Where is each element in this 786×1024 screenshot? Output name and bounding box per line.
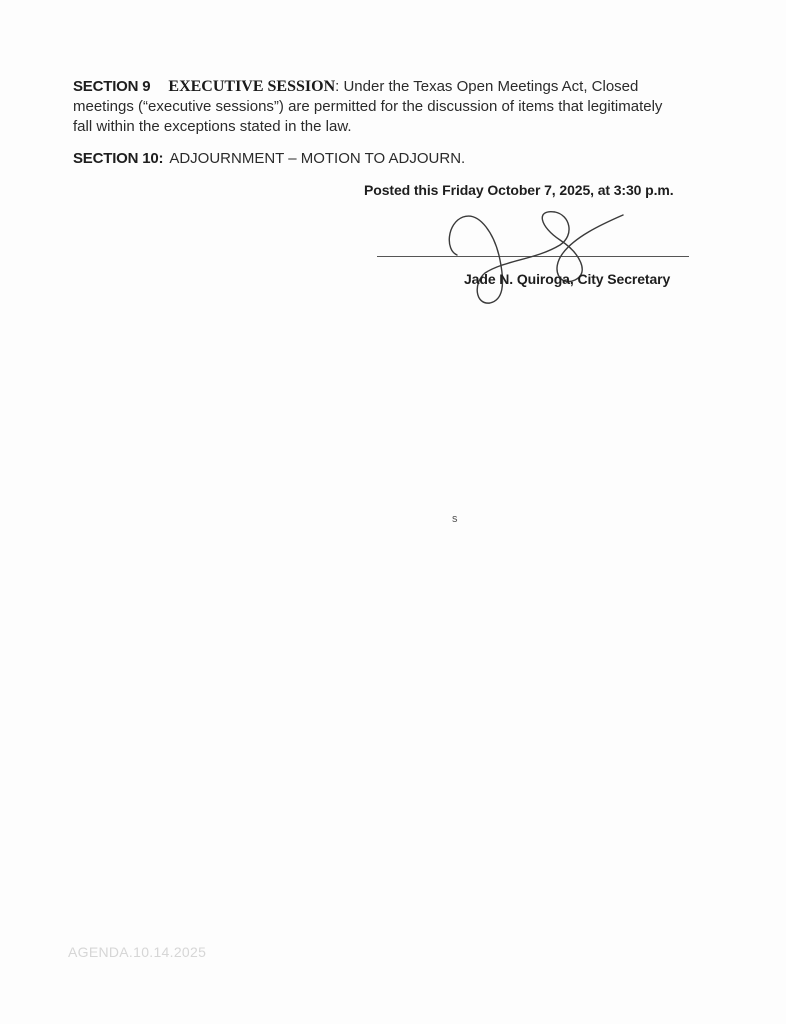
footer-agenda-watermark: AGENDA.10.14.2025 — [68, 944, 206, 960]
document-page: SECTION 9EXECUTIVE SESSION: Under the Te… — [0, 0, 786, 1024]
signer-name-title: Jade N. Quiroga, City Secretary — [464, 271, 670, 287]
handwritten-signature-icon — [370, 205, 630, 310]
section-10-body: ADJOURNMENT – MOTION TO ADJOURN. — [169, 150, 465, 167]
section-9-executive-session: SECTION 9EXECUTIVE SESSION: Under the Te… — [73, 77, 673, 137]
section-10-adjournment: SECTION 10:ADJOURNMENT – MOTION TO ADJOU… — [73, 149, 465, 169]
section-9-heading: EXECUTIVE SESSION — [168, 78, 335, 95]
posted-date-text: Posted this Friday October 7, 2025, at 3… — [364, 182, 674, 198]
stray-mark-text: s — [452, 513, 458, 525]
section-10-label: SECTION 10: — [73, 150, 163, 167]
section-9-body: Under the Texas Open Meetings Act, Close… — [73, 78, 662, 135]
section-9-label: SECTION 9 — [73, 78, 150, 95]
